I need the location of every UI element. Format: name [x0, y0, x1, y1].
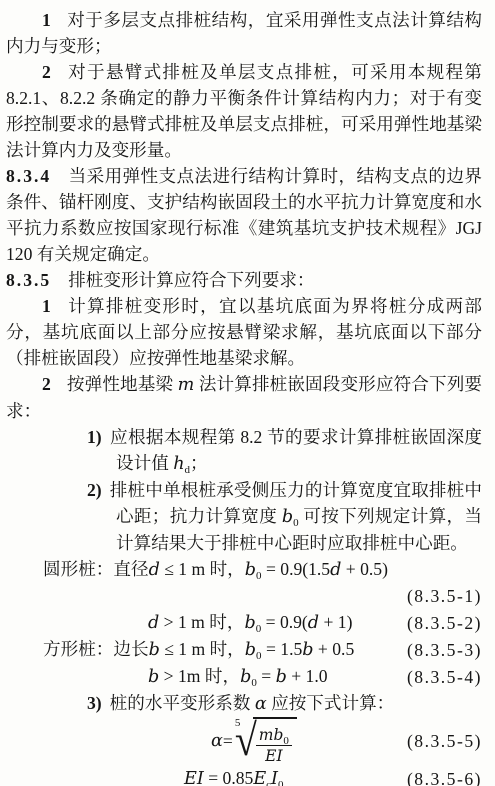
subitem-3: 3)桩的水平变形系数 α 应按下式计算：	[116, 690, 482, 717]
math-var-b: b	[302, 640, 313, 660]
clause-item-text: 对于悬臂式排桩及单层支点排桩，可采用本规程第 8.2.1、8.2.2 条确定的静…	[6, 62, 482, 160]
math-subscript: 0	[283, 735, 289, 747]
fraction-numerator: mb0	[256, 726, 292, 746]
equation-number: (8.3.5-4)	[407, 664, 482, 690]
math-var-b0: b	[245, 560, 256, 580]
equation-body: EI = 0.85EcI0	[184, 765, 284, 786]
math-var-I0: I	[271, 769, 278, 786]
math-var-b: b	[149, 640, 160, 660]
equation-number: (8.3.5-5)	[407, 728, 482, 754]
equation-text: =	[257, 666, 276, 686]
clause-item-number: 1	[42, 296, 51, 316]
math-var-Ec: E	[253, 769, 266, 786]
equation-body: 方形桩：边长b ≤ 1 m 时，b0 = 1.5b + 0.5	[43, 636, 354, 663]
section-number: 8.3.5	[6, 270, 51, 290]
subitem-text: 应按下式计算：	[267, 693, 395, 713]
equation-number-8-3-5-1: (8.3.5-1)	[6, 583, 482, 609]
equation-8-3-5-6: EI = 0.85EcI0 (8.3.5-6)	[6, 765, 482, 786]
fraction-denominator: EI	[265, 746, 282, 766]
equation-text: + 0.5	[314, 639, 355, 659]
clause-item-text: 对于多层支点排桩结构，宜采用弹性支点法计算结构内力与变形；	[6, 10, 482, 56]
radicand: mb0EI	[253, 717, 297, 766]
equation-body: b > 1m 时，b0 = b + 1.0	[148, 663, 328, 690]
math-var-b0: b	[244, 613, 255, 633]
math-var-b0: b	[240, 667, 251, 687]
equation-body: 圆形桩：直径d ≤ 1 m 时，b0 = 0.9(1.5d + 0.5)	[43, 556, 388, 583]
math-var-EI: EI	[184, 769, 204, 786]
subitem-1: 1)应根据本规程第 8.2 节的要求计算排桩嵌固深度设计值 hd；	[116, 424, 482, 477]
section-8-3-4: 8.3.4当采用弹性支点法进行结构计算时，结构支点的边界条件、锚杆刚度、支护结构…	[6, 163, 482, 267]
equation-8-3-5-2: d > 1 m 时，b0 = 0.9(d + 1) (8.3.5-2)	[6, 609, 482, 636]
math-var-alpha: α	[211, 728, 223, 754]
equation-8-3-5-3: 方形桩：边长b ≤ 1 m 时，b0 = 1.5b + 0.5 (8.3.5-3…	[6, 636, 482, 663]
math-var-d: d	[330, 560, 341, 580]
equation-label: 圆形桩：	[43, 559, 113, 579]
section-8-3-5: 8.3.5排桩变形计算应符合下列要求：	[6, 267, 482, 293]
equation-text: + 1.0	[287, 666, 328, 686]
equation-text: > 1m 时，	[159, 666, 240, 686]
clause-item-8-3-5-2: 2按弹性地基梁 m 法计算排桩嵌固段变形应符合下列要求：	[6, 371, 482, 424]
subitem-text: 桩的水平变形系数	[110, 693, 255, 713]
equation-text: + 1)	[319, 612, 352, 632]
radical-sign-icon: √	[235, 718, 257, 763]
equation-text: = 0.9(1.5	[262, 559, 331, 579]
section-number: 8.3.4	[6, 166, 51, 186]
equation-number: (8.3.5-3)	[407, 637, 482, 663]
equation-text: > 1 m 时，	[159, 612, 244, 632]
subitem-2: 2)排桩中单根桩承受侧压力的计算宽度宜取排桩中心距；抗力计算宽度 b0 可按下列…	[116, 477, 482, 556]
equation-text: = 0.85	[204, 768, 254, 786]
equation-text: 边长	[113, 639, 148, 659]
equation-number: (8.3.5-2)	[407, 610, 482, 636]
math-var-h: h	[173, 454, 184, 474]
clause-item-number: 2	[42, 62, 51, 82]
clause-item-number: 1	[42, 10, 51, 30]
clause-item-number: 2	[42, 374, 51, 394]
equation-label: 方形桩：	[43, 639, 113, 659]
equation-text: ≤ 1 m 时，	[160, 559, 245, 579]
math-var-d: d	[308, 613, 319, 633]
equation-text: =	[223, 728, 233, 754]
section-text: 当采用弹性支点法进行结构计算时，结构支点的边界条件、锚杆刚度、支护结构嵌固段土的…	[6, 166, 482, 264]
equation-text: 直径	[113, 559, 148, 579]
math-var-EI: EI	[265, 747, 282, 765]
subitem-number: 1)	[87, 427, 102, 447]
equation-8-3-5-5: α = 5√mb0EI (8.3.5-5)	[6, 717, 482, 765]
equation-body: α = 5√mb0EI	[211, 717, 297, 766]
subitem-number: 3)	[87, 693, 102, 713]
math-var-b: b	[148, 667, 159, 687]
section-text: 排桩变形计算应符合下列要求：	[68, 270, 314, 290]
equation-8-3-5-1: 圆形桩：直径d ≤ 1 m 时，b0 = 0.9(1.5d + 0.5)	[6, 556, 482, 583]
math-var-m: m	[178, 375, 195, 395]
math-var-alpha: α	[255, 694, 267, 714]
math-var-mb0: mb	[259, 726, 284, 744]
clause-item-1: 1对于多层支点排桩结构，宜采用弹性支点法计算结构内力与变形；	[6, 7, 482, 59]
subitem-text: ；	[190, 453, 208, 473]
fraction: mb0EI	[256, 726, 292, 766]
subitem-text: 应根据本规程第 8.2 节的要求计算排桩嵌固深度设计值	[110, 427, 482, 473]
clause-item-text: 按弹性地基梁	[67, 374, 178, 394]
clause-item-text: 计算排桩变形时，宜以基坑底面为界将桩分成两部分，基坑底面以上部分应按悬臂梁求解，…	[6, 296, 482, 368]
math-var-b: b	[276, 667, 287, 687]
equation-body: d > 1 m 时，b0 = 0.9(d + 1)	[148, 609, 352, 636]
equation-text: ≤ 1 m 时，	[160, 639, 245, 659]
equation-number: (8.3.5-6)	[407, 766, 482, 786]
document-page: 1对于多层支点排桩结构，宜采用弹性支点法计算结构内力与变形； 2对于悬臂式排桩及…	[0, 0, 495, 786]
math-var-b0: b	[282, 507, 293, 527]
equation-8-3-5-4: b > 1m 时，b0 = b + 1.0 (8.3.5-4)	[6, 663, 482, 690]
math-subscript: 0	[278, 779, 284, 786]
equation-text: + 0.5)	[341, 559, 388, 579]
radical: 5√mb0EI	[235, 717, 297, 766]
subitem-number: 2)	[87, 480, 102, 500]
math-var-b0: b	[245, 640, 256, 660]
equation-text: = 0.9(	[261, 612, 308, 632]
equation-text: = 1.5	[262, 639, 303, 659]
equation-number: (8.3.5-1)	[407, 586, 482, 606]
math-var-d: d	[148, 613, 159, 633]
clause-item-8-3-5-1: 1计算排桩变形时，宜以基坑底面为界将桩分成两部分，基坑底面以上部分应按悬臂梁求解…	[6, 293, 482, 371]
clause-item-2: 2对于悬臂式排桩及单层支点排桩，可采用本规程第 8.2.1、8.2.2 条确定的…	[6, 59, 482, 163]
math-var-d: d	[149, 560, 160, 580]
